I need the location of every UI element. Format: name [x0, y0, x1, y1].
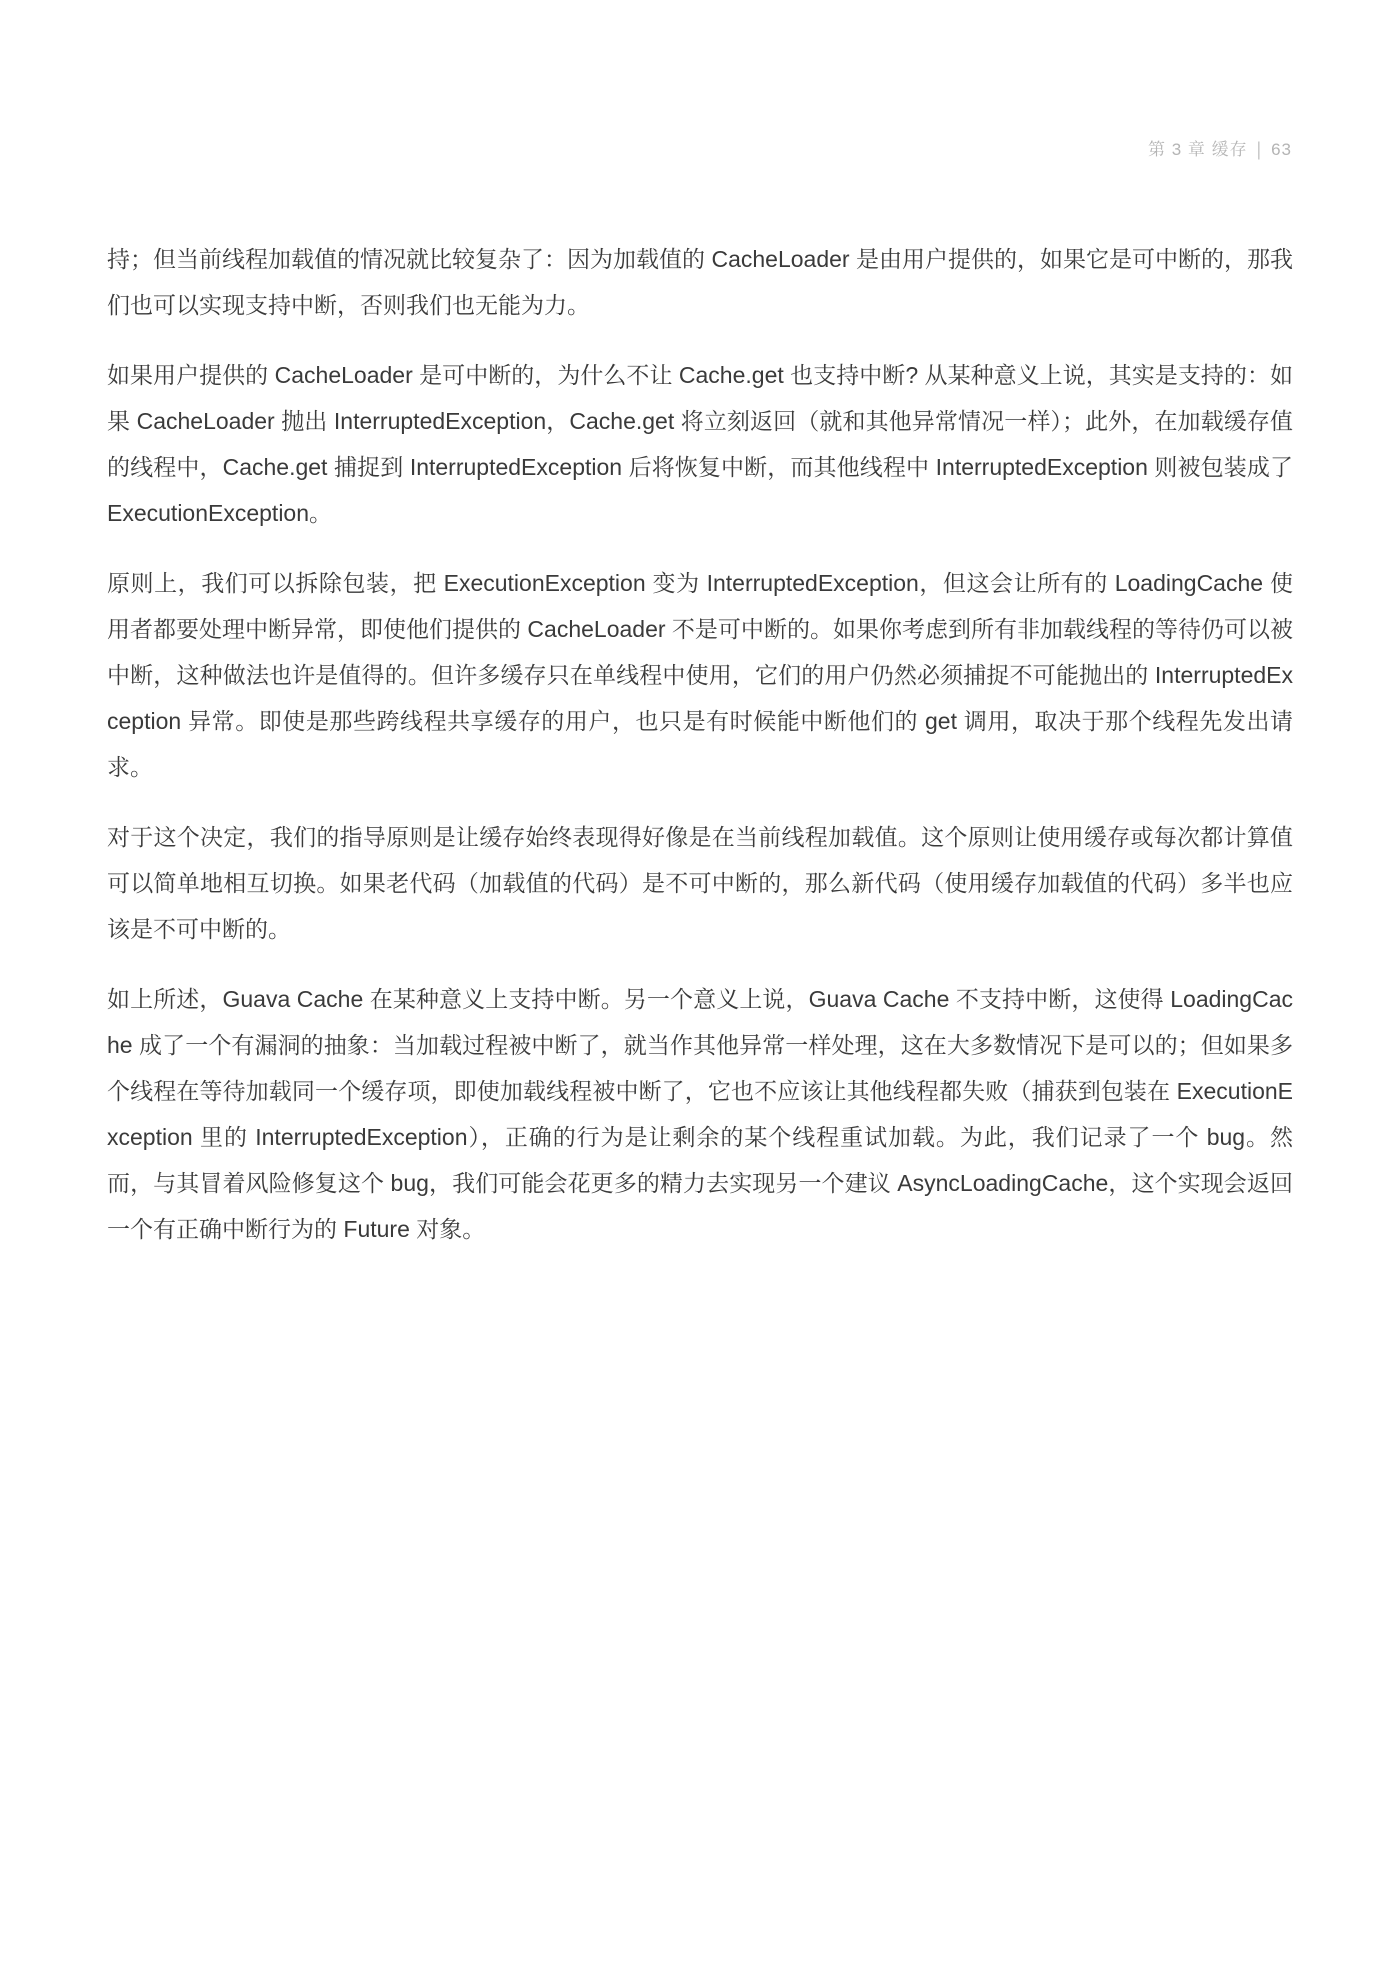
paragraph-3: 原则上，我们可以拆除包装，把 ExecutionException 变为 Int…: [107, 560, 1293, 790]
paragraph-2: 如果用户提供的 CacheLoader 是可中断的，为什么不让 Cache.ge…: [107, 352, 1293, 536]
chapter-title: 第 3 章 缓存: [1148, 138, 1248, 162]
paragraph-5: 如上所述，Guava Cache 在某种意义上支持中断。另一个意义上说，Guav…: [107, 976, 1293, 1252]
paragraph-4: 对于这个决定，我们的指导原则是让缓存始终表现得好像是在当前线程加载值。这个原则让…: [107, 814, 1293, 952]
book-page: 第 3 章 缓存 | 63 持；但当前线程加载值的情况就比较复杂了：因为加载值的…: [0, 0, 1400, 1981]
page-content: 持；但当前线程加载值的情况就比较复杂了：因为加载值的 CacheLoader 是…: [107, 236, 1293, 1252]
running-header: 第 3 章 缓存 | 63: [1148, 138, 1292, 162]
paragraph-1: 持；但当前线程加载值的情况就比较复杂了：因为加载值的 CacheLoader 是…: [107, 236, 1293, 328]
header-separator: |: [1257, 136, 1262, 164]
page-number: 63: [1271, 138, 1292, 162]
